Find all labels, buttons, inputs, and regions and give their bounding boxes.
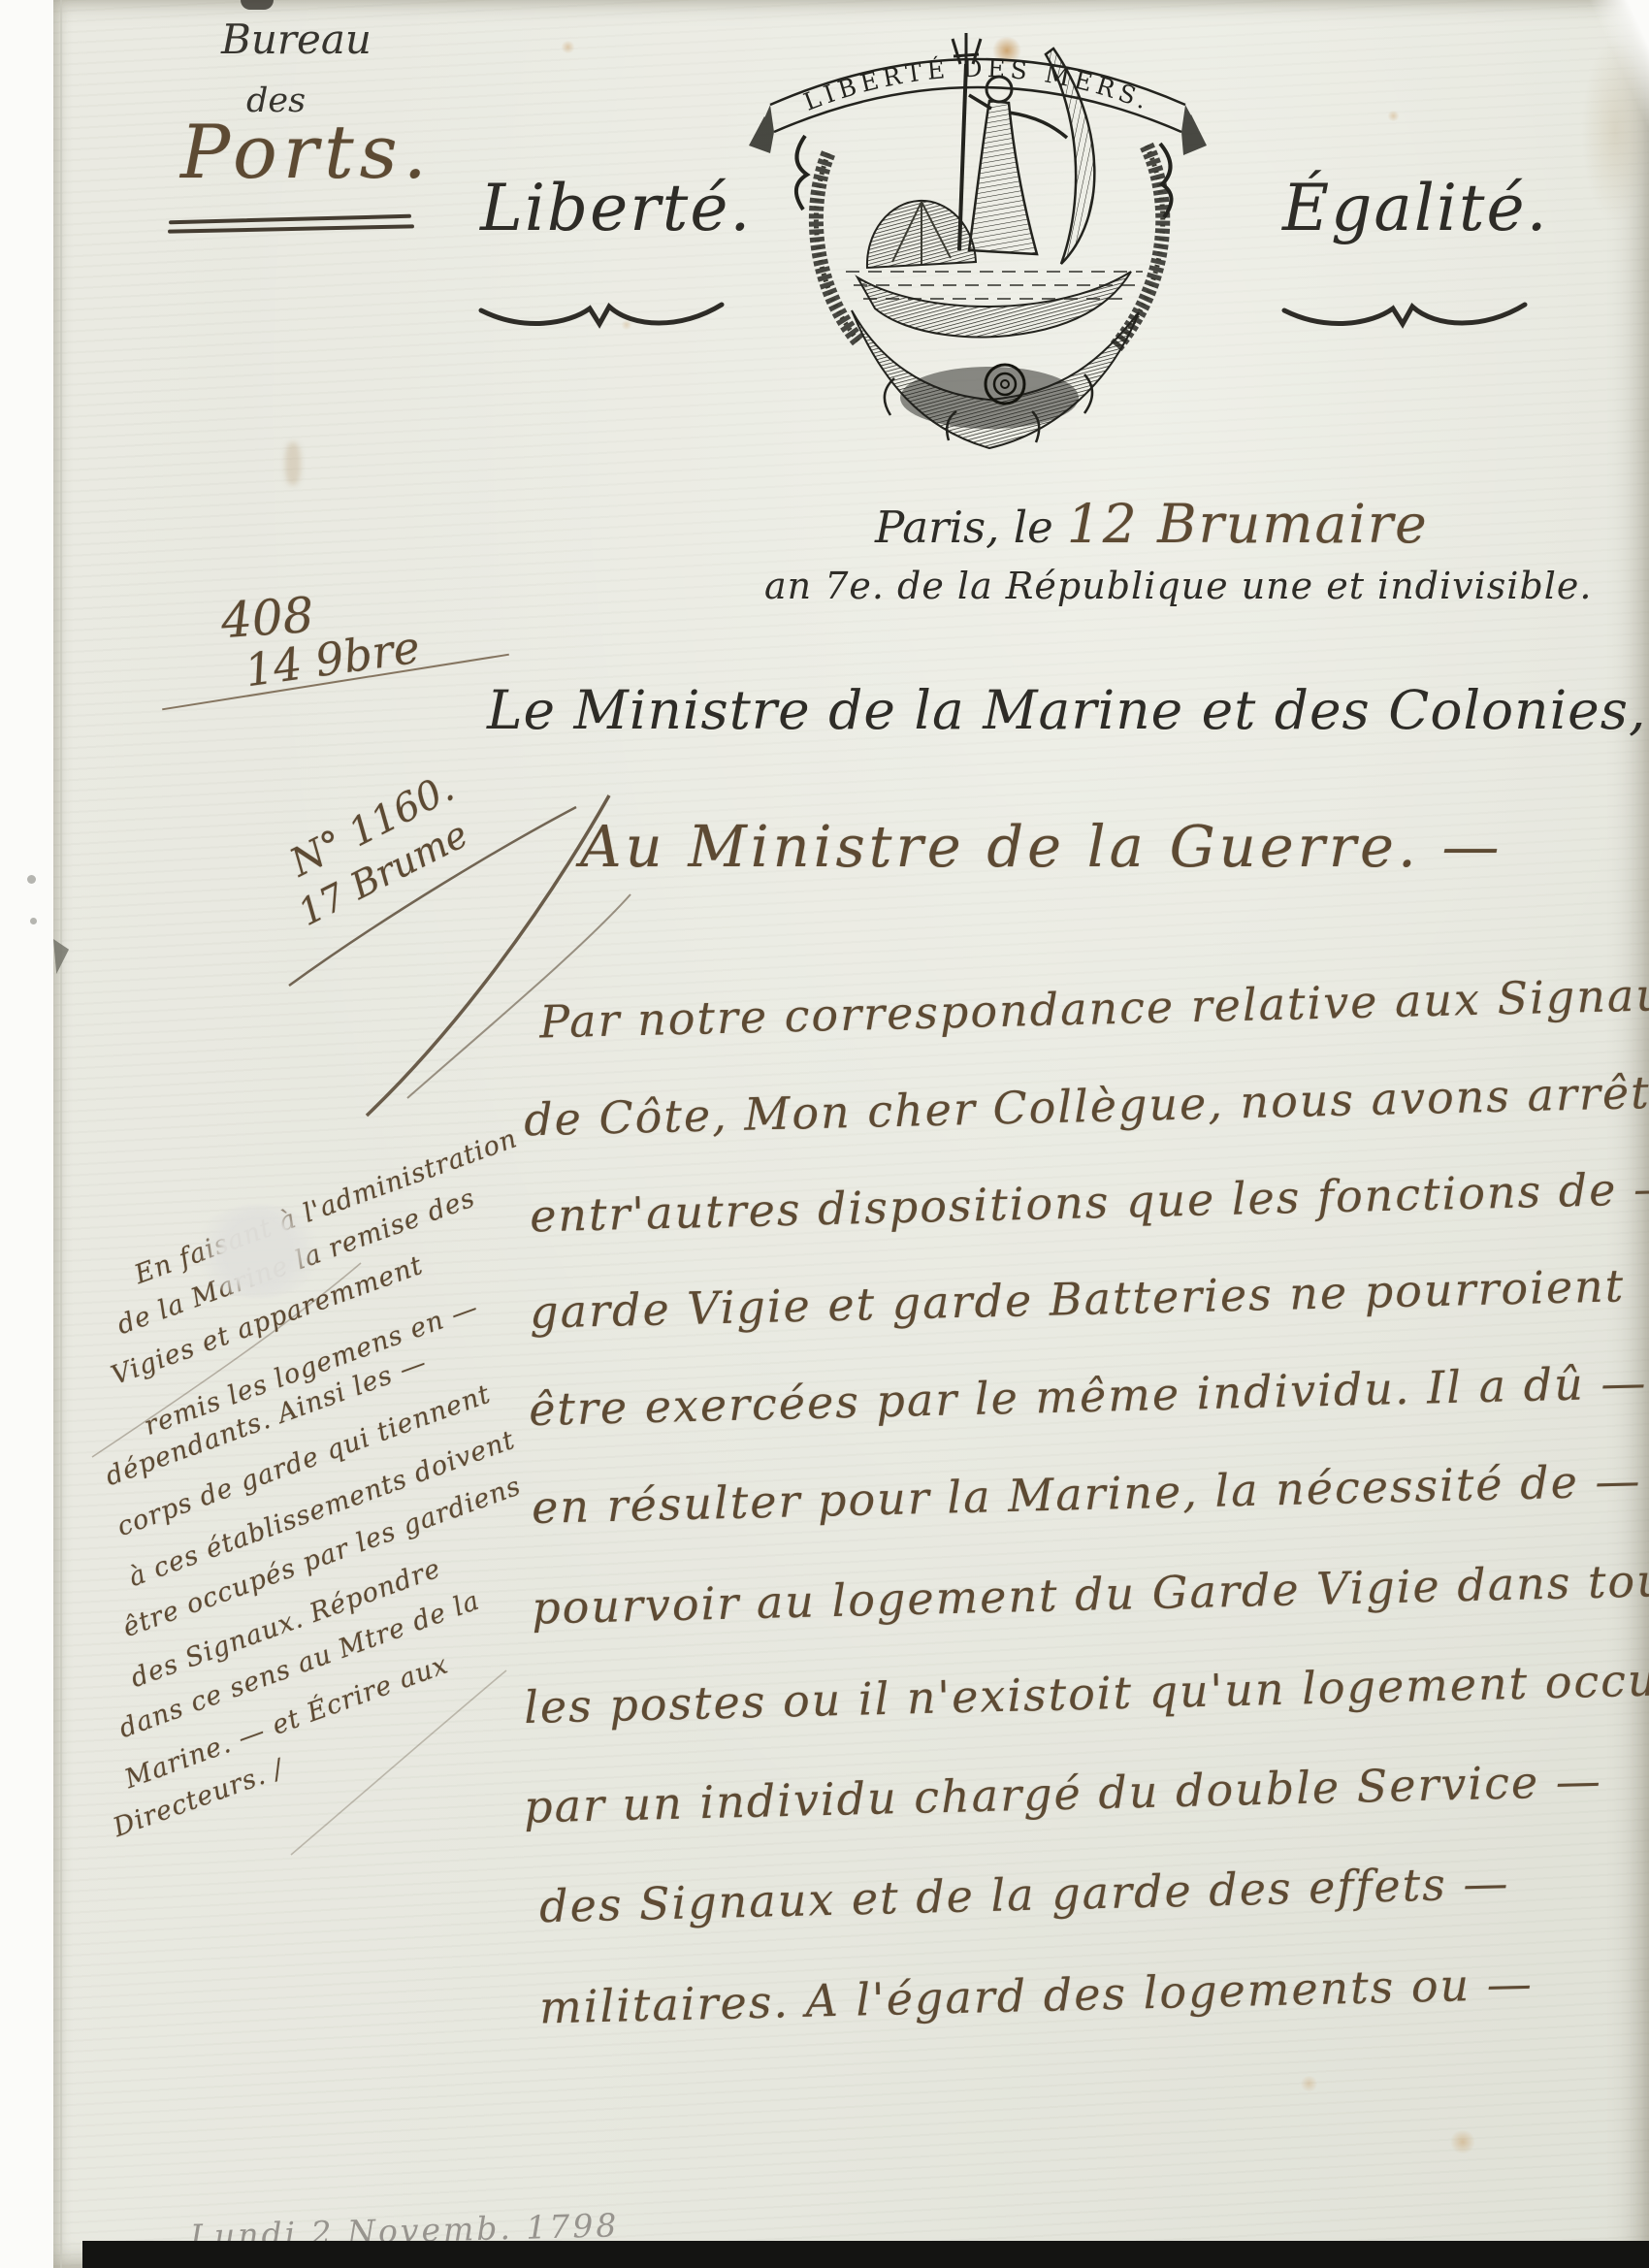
correction-blob <box>192 1205 324 1298</box>
pen-flourish-strokes <box>0 0 1649 2268</box>
scanned-letter-page: Bureau des Ports. Liberté. Égalité. <box>0 0 1649 2268</box>
scan-bottom-bar <box>82 2241 1649 2268</box>
